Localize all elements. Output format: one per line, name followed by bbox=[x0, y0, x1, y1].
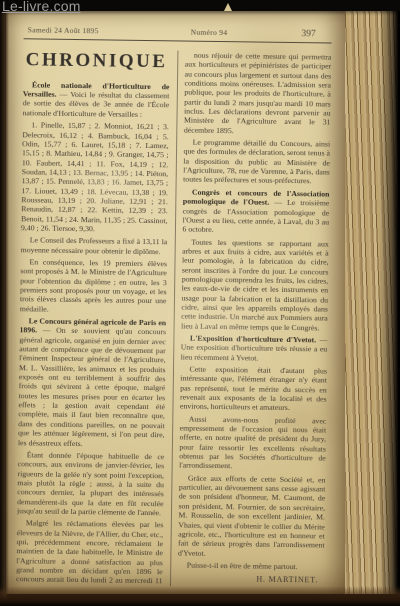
paragraph-text: Puisse-t-il en être de même partout. bbox=[187, 560, 298, 571]
chronicle-title: CHRONIQUE bbox=[23, 49, 170, 74]
paragraph-text: En conséquence, les 19 premiers élèves s… bbox=[20, 257, 167, 313]
header-date: Samedi 24 Août 1895 bbox=[28, 25, 99, 35]
paragraph: Le Concours général agricole de Paris en… bbox=[18, 316, 166, 449]
author-signature: H. MARTINET. bbox=[178, 574, 325, 586]
paragraph-text: Toutes les questions se rapportant aux a… bbox=[181, 237, 329, 332]
paragraph: Puisse-t-il en être de même partout. bbox=[178, 560, 325, 571]
paragraph-text: Le Conseil des Professeurs a fixé à 13,1… bbox=[21, 236, 168, 256]
book-spine-shadow bbox=[0, 10, 9, 606]
paragraph: nous réjouir de cette mesure qui permett… bbox=[184, 51, 332, 137]
page-top-notch bbox=[224, 3, 232, 11]
paragraph-text: Cette exposition était d'autant plus int… bbox=[180, 365, 327, 413]
header-issue: Numéro 94 bbox=[191, 28, 228, 38]
paragraph-text: — On se souvient qu'au concours général … bbox=[18, 326, 166, 448]
paragraph: Cette exposition était d'autant plus int… bbox=[180, 364, 327, 413]
photo-bottom-border bbox=[0, 586, 400, 606]
paragraph: Grâce aux efforts de cette Société et, e… bbox=[178, 473, 326, 559]
paragraph: 1. Pinelle, 15,87 ; 2. Monniot, 16,21 ; … bbox=[21, 120, 169, 234]
book-fore-edge bbox=[345, 10, 400, 594]
page-content: Samedi 24 Août 1895 Numéro 94 397 CHRONI… bbox=[6, 10, 345, 589]
watermark: Le-livre.com bbox=[2, 0, 81, 14]
paragraph: Étant donnée l'époque habituelle de ce c… bbox=[17, 450, 164, 517]
column-right: nous réjouir de cette mesure qui permett… bbox=[169, 50, 331, 588]
paragraph-text: Étant donnée l'époque habituelle de ce c… bbox=[17, 450, 164, 517]
paragraph-text: 1. Pinelle, 15,87 ; 2. Monniot, 16,21 ; … bbox=[21, 121, 169, 234]
paragraph-text: Le programme détaillé du Concours, ainsi… bbox=[183, 138, 330, 186]
paragraph: Malgré les réclamations élevées par les … bbox=[16, 518, 163, 588]
paragraph: En conséquence, les 19 premiers élèves s… bbox=[20, 257, 167, 315]
paragraph: Le programme détaillé du Concours, ainsi… bbox=[183, 138, 330, 187]
header-rule bbox=[24, 38, 332, 43]
paragraph: École nationale d'Horticulture de Versai… bbox=[23, 80, 170, 119]
paragraph-text: Malgré les réclamations élevées par les … bbox=[16, 519, 163, 589]
paragraph: Le Conseil des Professeurs a fixé à 13,1… bbox=[21, 236, 168, 257]
paragraph-text: nous réjouir de cette mesure qui permett… bbox=[184, 51, 332, 135]
text-columns: CHRONIQUE École nationale d'Horticulture… bbox=[16, 48, 331, 588]
paragraph: Aussi avons-nous profité avec empresseme… bbox=[179, 414, 326, 472]
paragraph-text: Aussi avons-nous profité avec empresseme… bbox=[179, 414, 326, 470]
paragraph: Toutes les questions se rapportant aux a… bbox=[181, 237, 329, 332]
column-left: CHRONIQUE École nationale d'Horticulture… bbox=[16, 48, 177, 586]
header-page-number: 397 bbox=[301, 29, 315, 39]
page-header: Samedi 24 Août 1895 Numéro 94 397 bbox=[24, 25, 332, 39]
paragraph: Congrès et concours de l'Association pom… bbox=[182, 187, 329, 236]
book-page: Samedi 24 Août 1895 Numéro 94 397 CHRONI… bbox=[6, 10, 345, 594]
scanned-book-photo: Le-livre.com Samedi 24 Août 1895 Numéro … bbox=[0, 0, 400, 606]
paragraph: L'Exposition d'horticulture d'Yvetot. — … bbox=[181, 333, 328, 363]
paragraph-text: Grâce aux efforts de cette Société et, e… bbox=[178, 473, 326, 557]
